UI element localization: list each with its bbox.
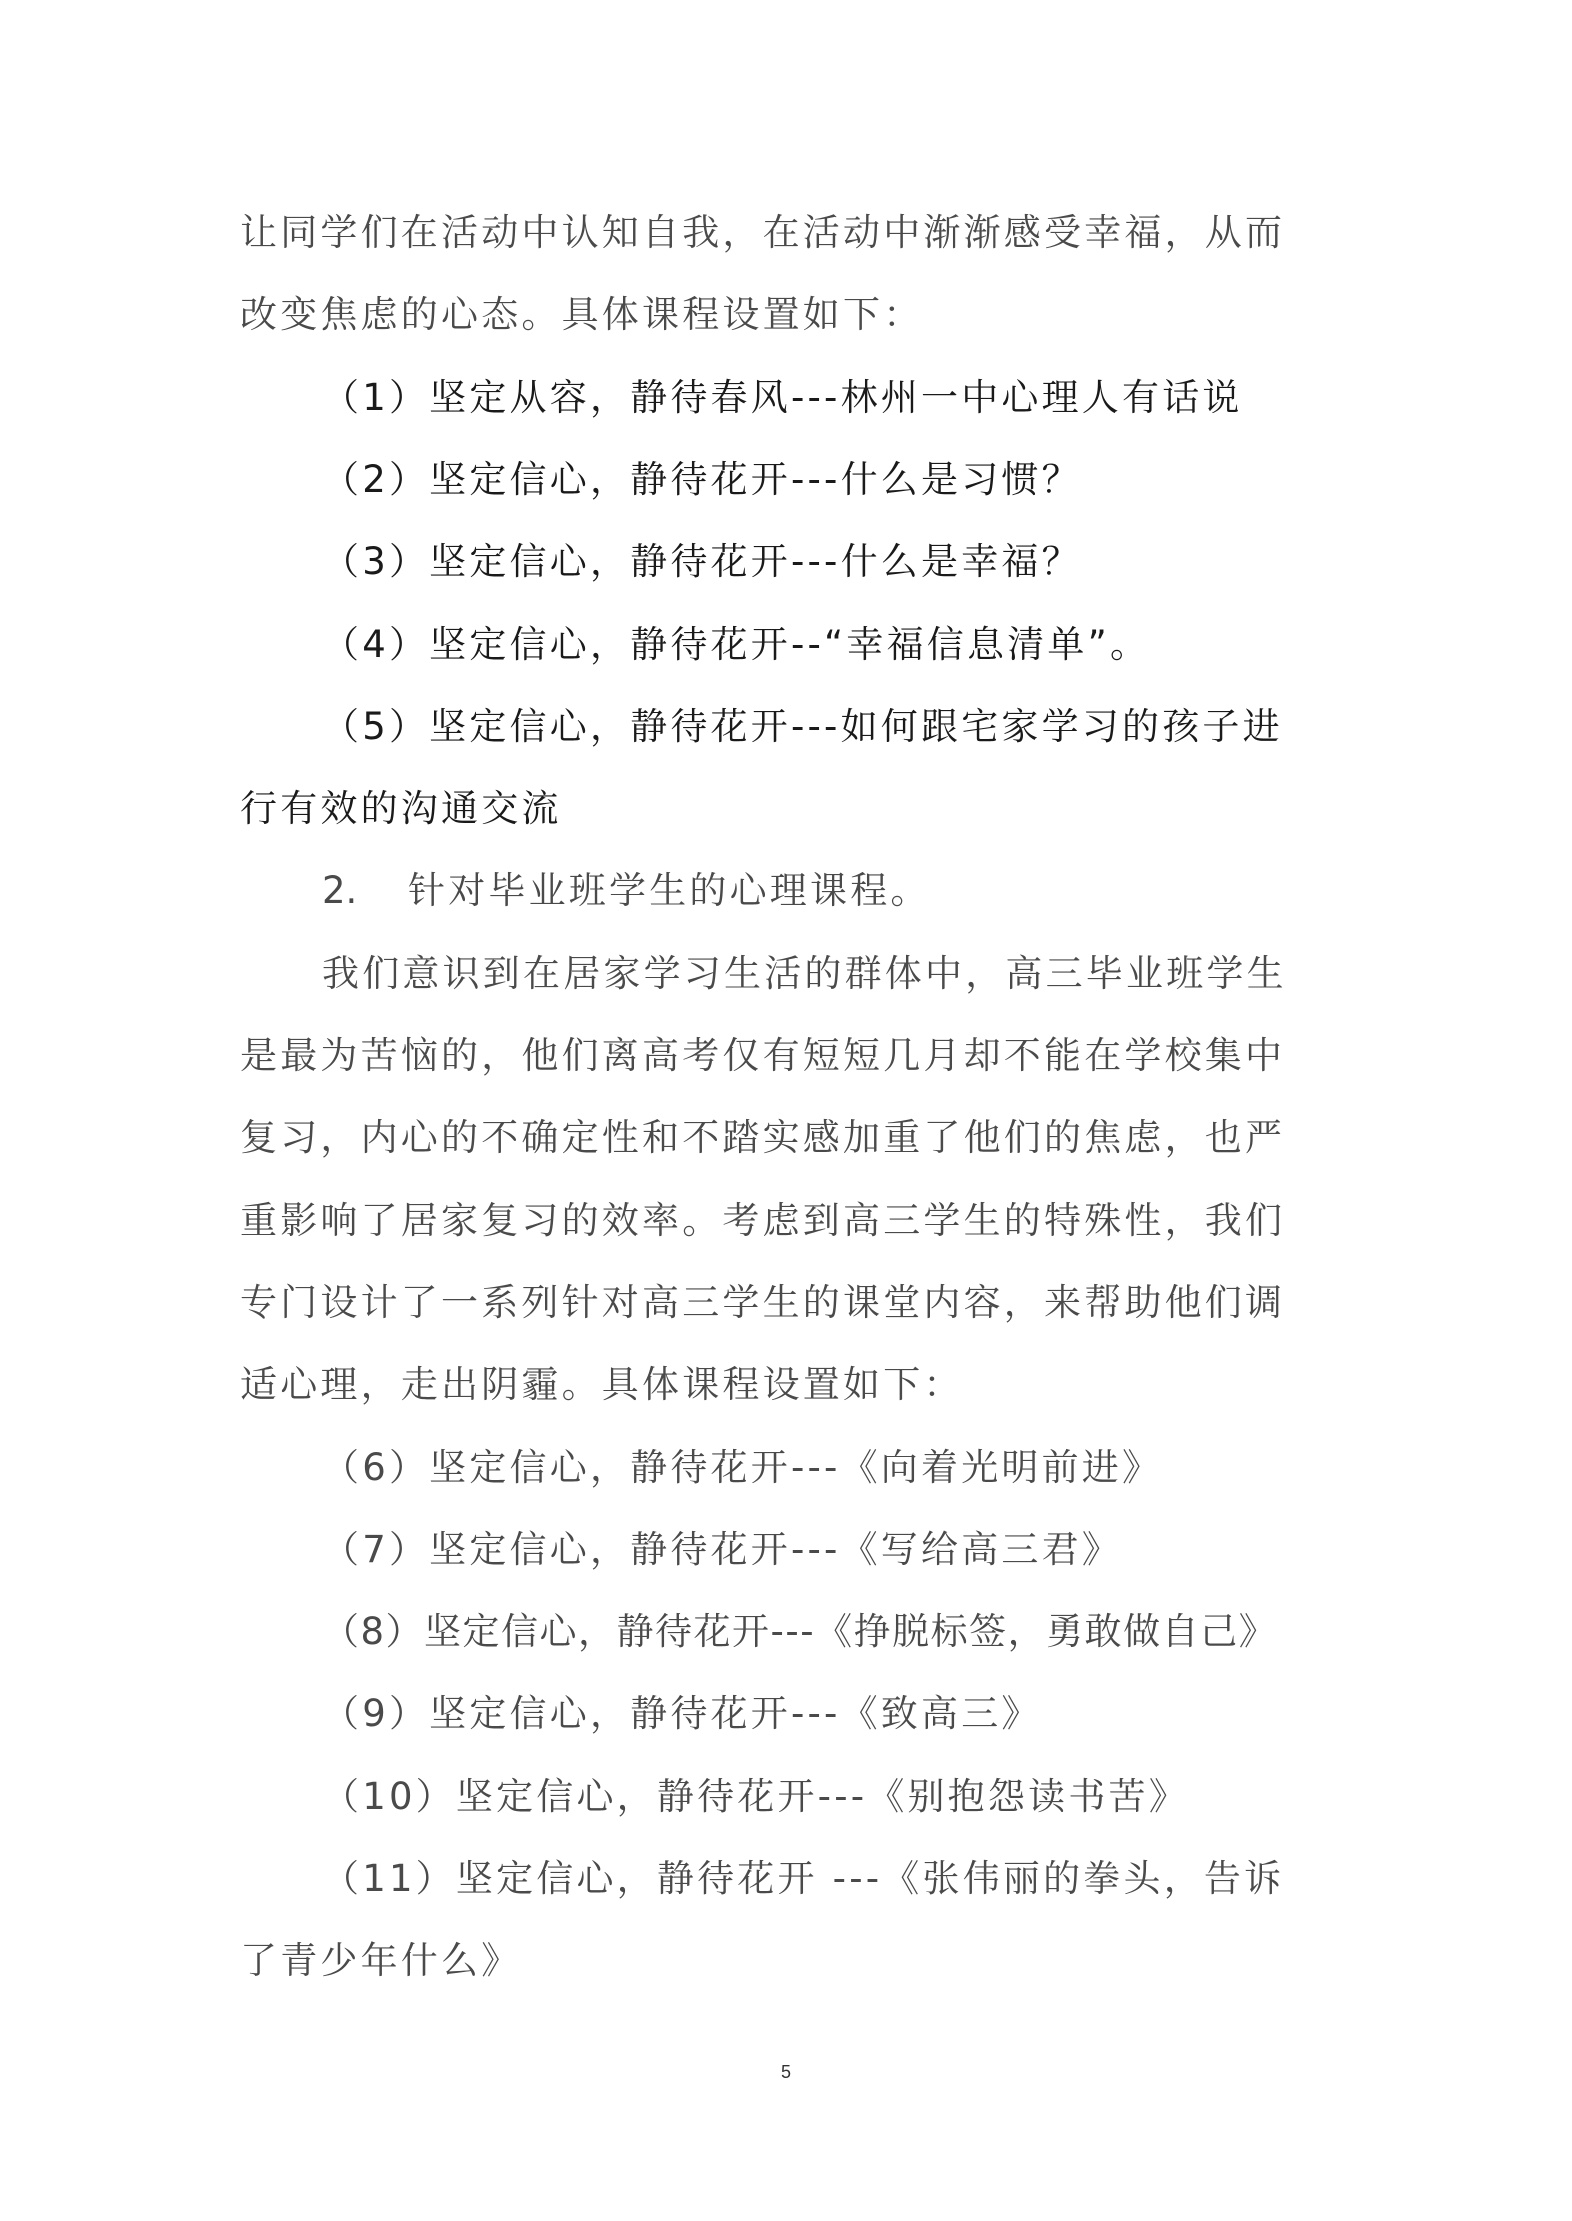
course-item-10: （10）坚定信心，静待花开---《别抱怨读书苦》 <box>322 1756 1189 1838</box>
course-item-7: （7）坚定信心，静待花开---《写给高三君》 <box>322 1509 1122 1591</box>
document-page: 让同学们在活动中认知自我，在活动中渐渐感受幸福，从而 改变焦虑的心态。具体课程设… <box>0 0 1572 2221</box>
course-item-11-continuation: 了青少年什么》 <box>240 1920 521 2002</box>
paragraph-line: 我们意识到在居家学习生活的群体中，高三毕业班学生 <box>322 933 1287 1015</box>
course-item-2: （2）坚定信心，静待花开---什么是习惯？ <box>322 439 1082 521</box>
section-number: 2. <box>322 850 408 932</box>
page-number: 5 <box>0 2062 1572 2083</box>
course-item-8: （8）坚定信心，静待花开---《挣脱标签，勇敢做自己》 <box>322 1591 1277 1673</box>
section-title: 针对毕业班学生的心理课程。 <box>408 869 931 912</box>
course-item-5-continuation: 行有效的沟通交流 <box>240 768 562 850</box>
paragraph-line: 让同学们在活动中认知自我，在活动中渐渐感受幸福，从而 <box>240 192 1285 274</box>
paragraph-line: 重影响了居家复习的效率。考虑到高三学生的特殊性，我们 <box>240 1180 1285 1262</box>
paragraph-line: 是最为苦恼的，他们离高考仅有短短几月却不能在学校集中 <box>240 1015 1285 1097</box>
course-item-1: （1）坚定从容，静待春风---林州一中心理人有话说 <box>322 357 1243 439</box>
course-item-4: （4）坚定信心，静待花开--“幸福信息清单”。 <box>322 604 1150 686</box>
paragraph-line: 复习，内心的不确定性和不踏实感加重了他们的焦虑，也严 <box>240 1097 1285 1179</box>
section-heading: 2.针对毕业班学生的心理课程。 <box>322 850 931 932</box>
course-item-9: （9）坚定信心，静待花开---《致高三》 <box>322 1673 1042 1755</box>
course-item-3: （3）坚定信心，静待花开---什么是幸福？ <box>322 521 1082 603</box>
paragraph-line: 改变焦虑的心态。具体课程设置如下： <box>240 274 923 356</box>
course-item-5: （5）坚定信心，静待花开---如何跟宅家学习的孩子进 <box>322 686 1283 768</box>
course-item-6: （6）坚定信心，静待花开---《向着光明前进》 <box>322 1427 1162 1509</box>
paragraph-line: 适心理，走出阴霾。具体课程设置如下： <box>240 1344 964 1426</box>
course-item-11: （11）坚定信心，静待花开 ---《张伟丽的拳头，告诉 <box>322 1838 1284 1920</box>
paragraph-line: 专门设计了一系列针对高三学生的课堂内容，来帮助他们调 <box>240 1262 1285 1344</box>
